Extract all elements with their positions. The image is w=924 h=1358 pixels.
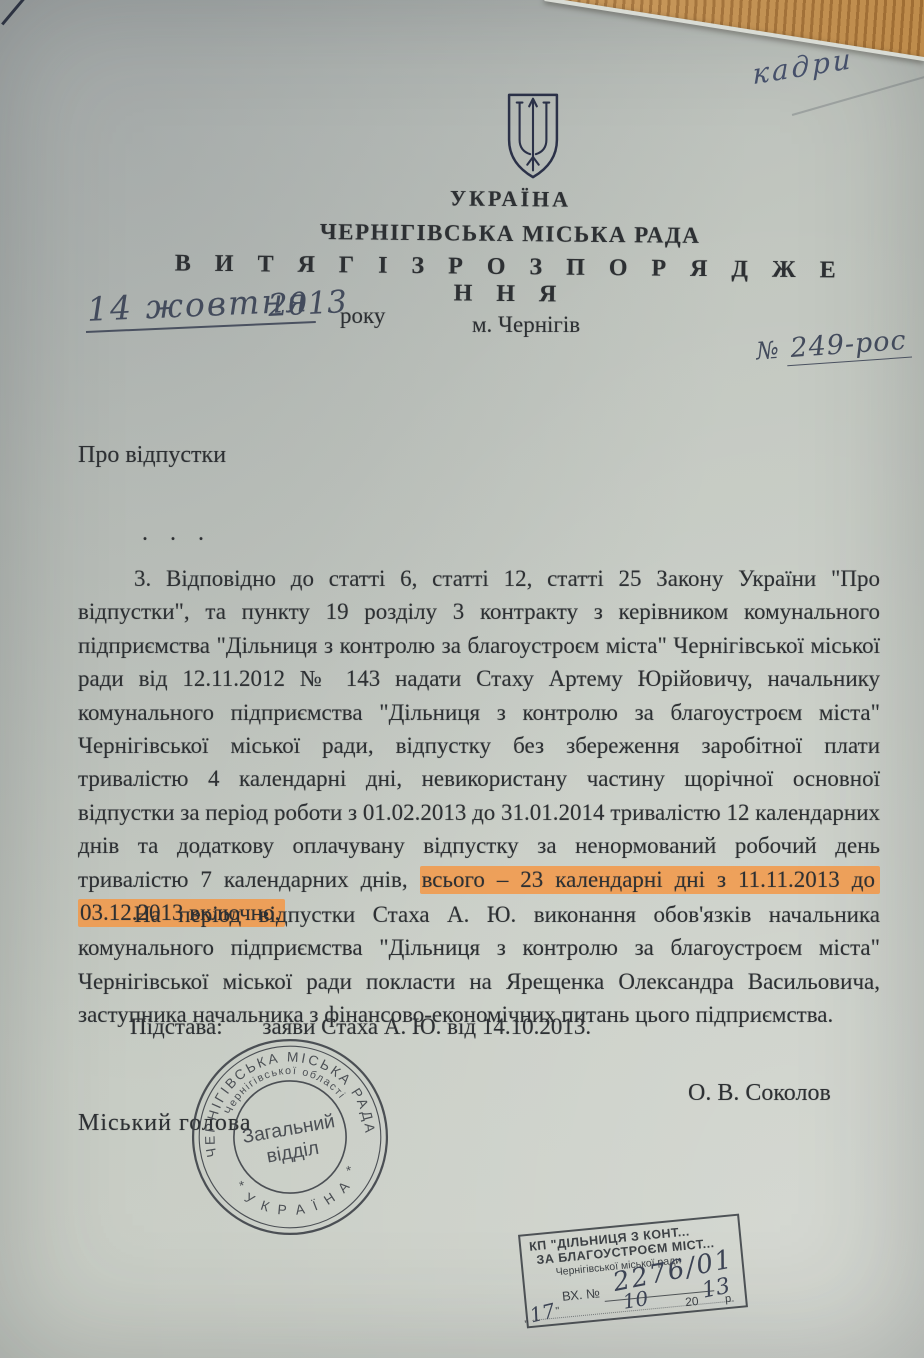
number-sign: № [755, 336, 780, 366]
handwritten-number-value: 249-рос [785, 325, 911, 367]
year-prefix: 20 [685, 1294, 700, 1309]
corner-pen-mark [1, 0, 25, 25]
omission-ellipsis: . . . [142, 520, 212, 547]
paper-crease-line [792, 76, 924, 115]
signature-name: О. В. Соколов [688, 1080, 831, 1107]
city-label: м. Чернігів [472, 312, 580, 338]
paragraph-3: 3. Відповідно до статті 6, статті 12, ст… [78, 562, 880, 929]
paragraph-3-text: 3. Відповідно до статті 6, статті 12, ст… [78, 566, 880, 892]
incoming-registration-stamp: КП "ДІЛЬНИЦЯ З КОНТ... ЗА БЛАГОУСТРОЄМ М… [518, 1214, 748, 1329]
handwritten-note-kadry: кадри [752, 42, 853, 91]
paragraph-4: На період відпустки Стаха А. Ю. виконанн… [78, 898, 880, 1032]
round-official-stamp: ЧЕРНІГІВСЬКА МІСЬКА РАДА У К Р А Ї Н А Ч… [175, 1022, 405, 1252]
council-title: ЧЕРНІГІВСЬКА МІСЬКА РАДА [160, 217, 860, 250]
handwritten-year: 2013 [267, 284, 348, 324]
year-r-label: р. [725, 1292, 735, 1305]
day-quote-open: „ [523, 1312, 528, 1324]
handwritten-day: 17 [527, 1298, 557, 1327]
country-title: УКРАЇНА [160, 182, 860, 215]
incoming-number-label: ВХ. № [561, 1285, 600, 1304]
document-photo: кадри УКРАЇНА ЧЕРНІГІВСЬКА МІСЬКА РАДА В… [0, 0, 924, 1358]
day-quote-close: " [555, 1305, 560, 1317]
subject-line: Про відпустки [78, 442, 226, 469]
date-word-roku: року [340, 303, 385, 329]
basis-label: Підстава: [130, 1014, 223, 1039]
document-number: № 249-рос [755, 325, 911, 367]
ukraine-trident-emblem-icon [504, 92, 562, 180]
stamp-star-right: * [345, 1163, 352, 1179]
stamp-star-left: * [238, 1178, 245, 1194]
